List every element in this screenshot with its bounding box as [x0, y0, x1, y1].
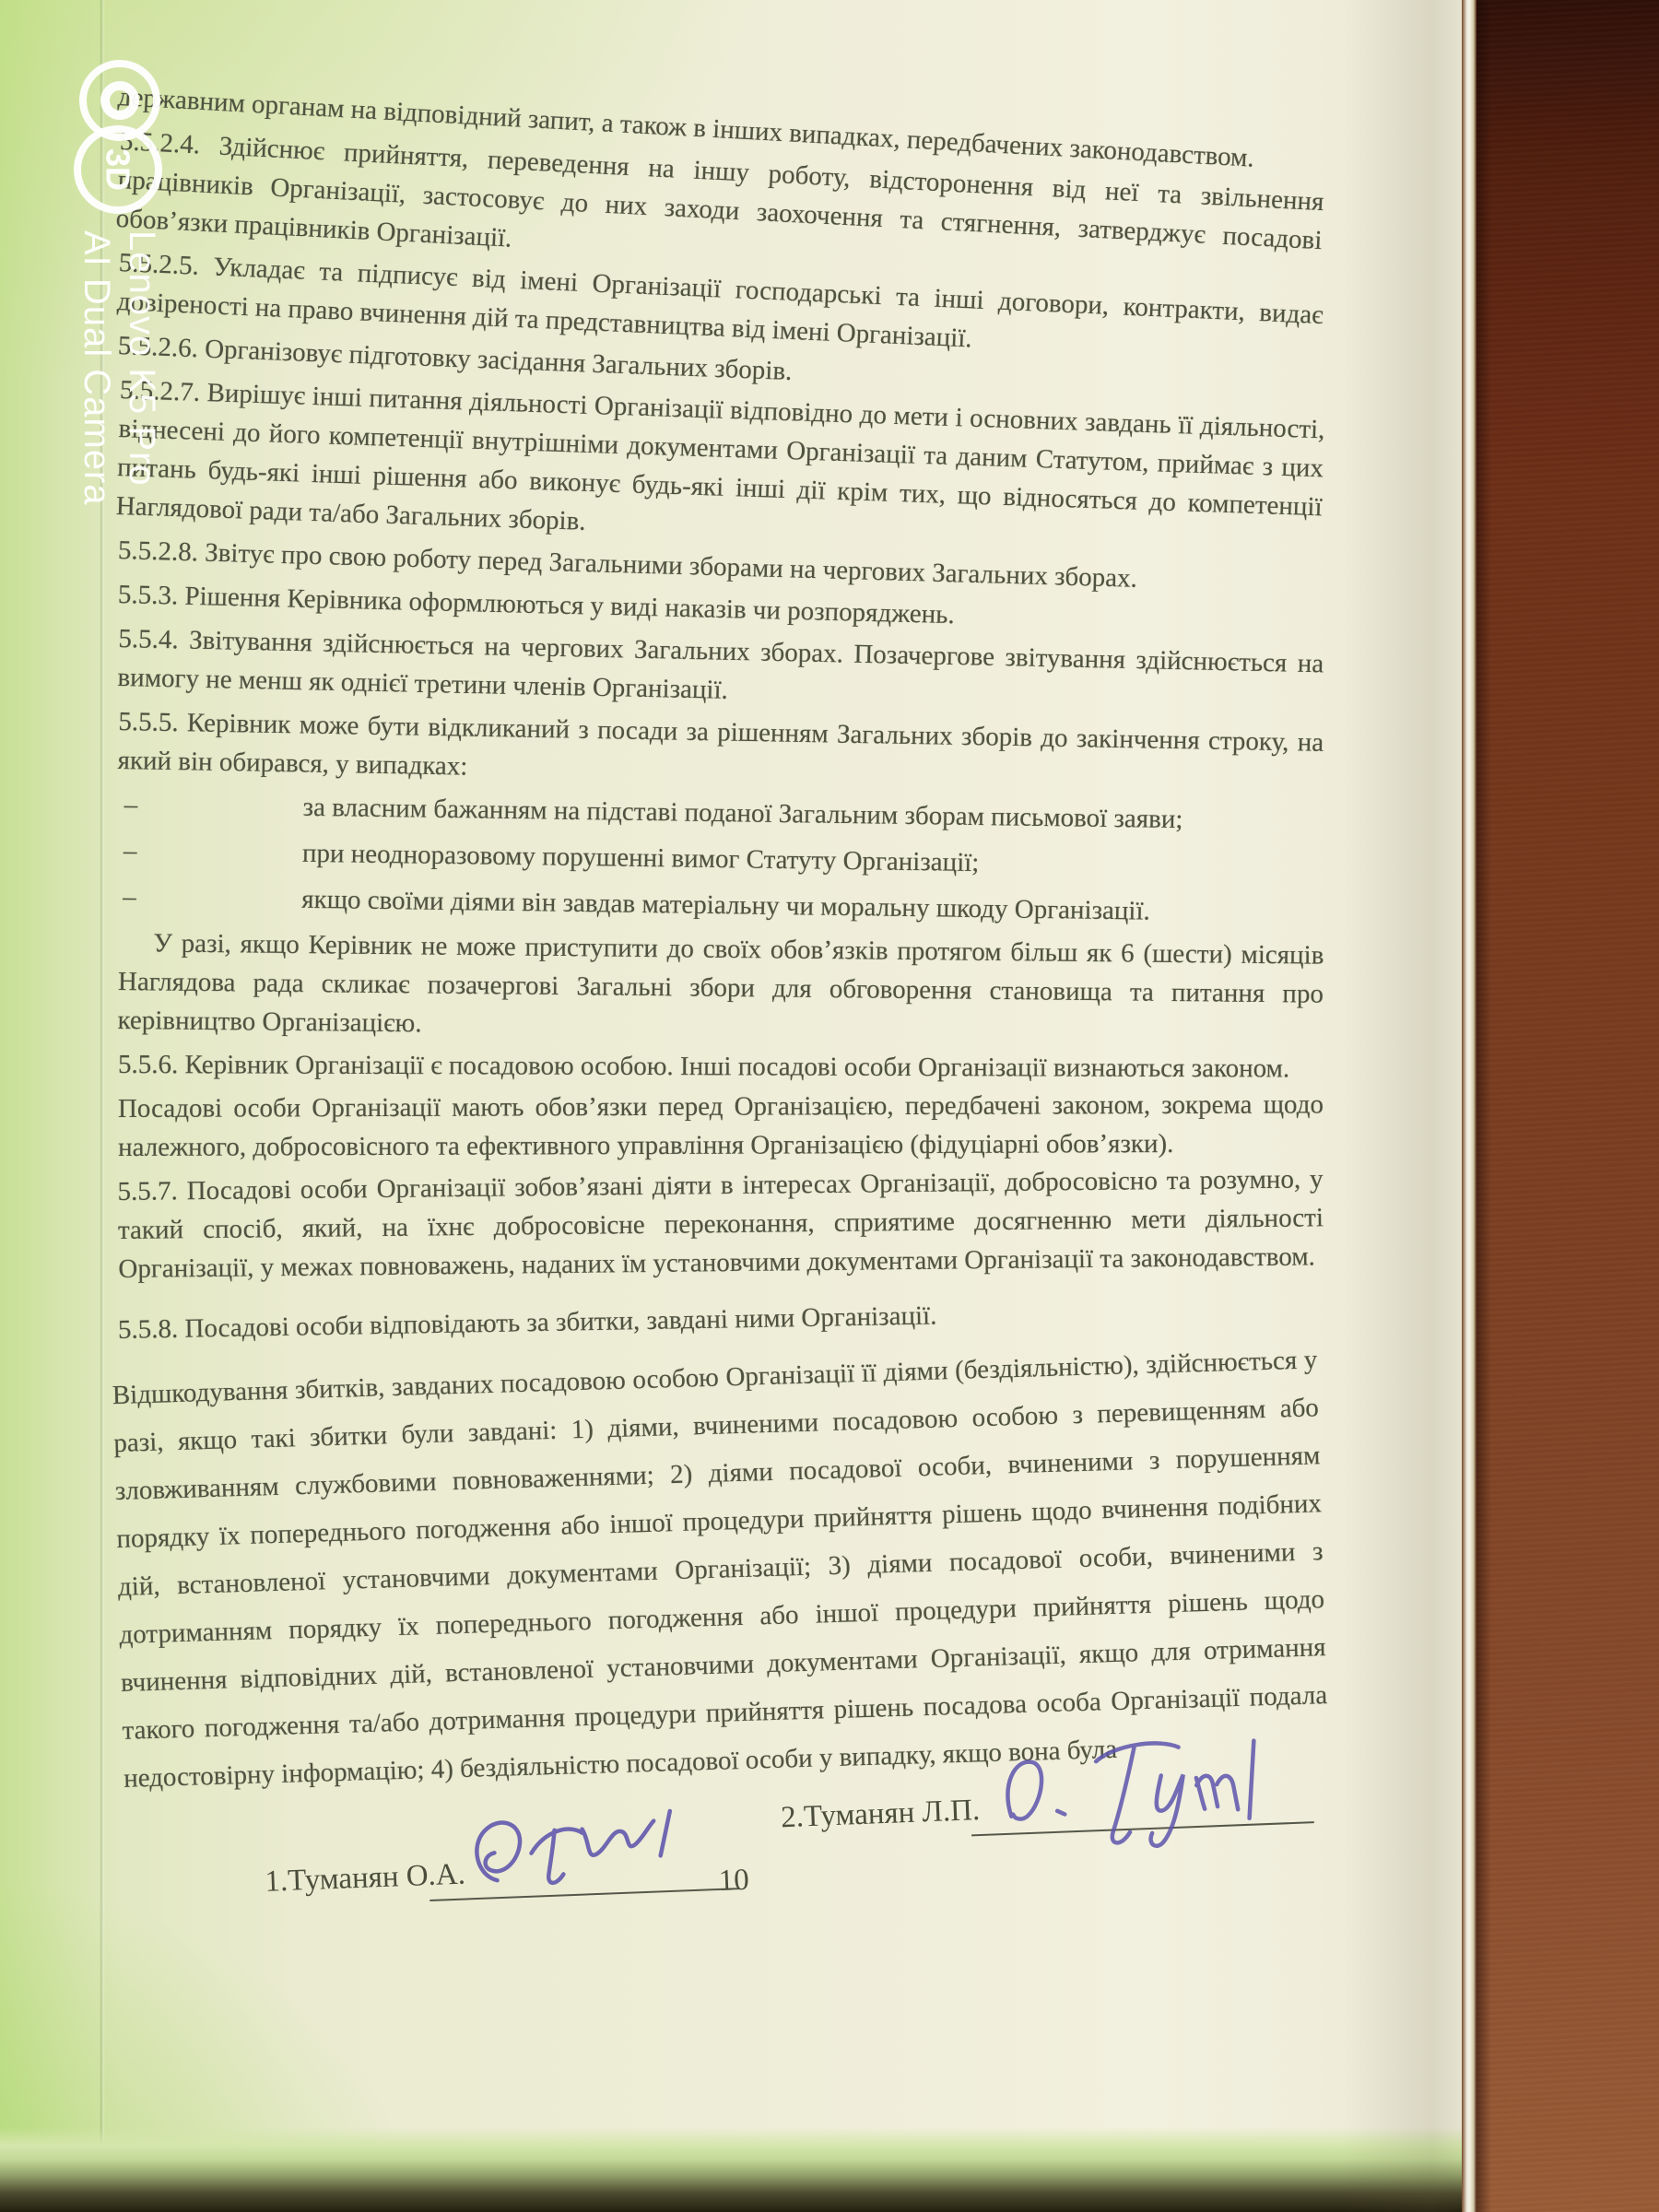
- list-dash: –: [124, 785, 137, 824]
- list-item-text: при неодноразовому порушенні вимог Стату…: [302, 839, 980, 877]
- table-surface-texture: [1475, 0, 1659, 2212]
- signature-2-ink: [977, 1714, 1268, 1864]
- list-dash: –: [123, 877, 136, 916]
- paragraph-fiduciary: Посадові особи Організації мають обов’яз…: [118, 1085, 1324, 1167]
- page-number: 10: [718, 1864, 749, 1899]
- list-item: – при неодноразовому порушенні вимог Ста…: [118, 831, 1324, 887]
- list-item-text: за власним бажанням на підставі поданої …: [302, 793, 1182, 834]
- page-content: державним органам на відповідний запит, …: [0, 0, 1462, 1803]
- paragraph-5-5-7: 5.5.7. Посадові особи Організації зобов’…: [117, 1159, 1324, 1288]
- signatory-2-label: 2.Туманян Л.П.: [781, 1794, 981, 1835]
- paragraph-5-5-6: 5.5.6. Керівник Організації є посадовою …: [118, 1045, 1324, 1088]
- signature-1-ink: [458, 1799, 692, 1912]
- dismissal-cases-list: – за власним бажанням на підставі подано…: [117, 785, 1324, 933]
- paragraph-six-months: У разі, якщо Керівник не може приступити…: [117, 924, 1324, 1053]
- list-dash: –: [124, 831, 137, 870]
- signatory-1-label: 1.Туманян О.А.: [265, 1858, 466, 1900]
- page-stack-edge: [1462, 0, 1477, 2212]
- signature-block: 1.Туманян О.А. 10 2.Туманян Л.П.: [115, 1772, 1347, 1976]
- document-page: державним органам на відповідний запит, …: [0, 0, 1462, 2212]
- page-bottom-edge: [0, 2127, 1462, 2212]
- list-item-text: якщо своїми діями він завдав матеріальну…: [301, 885, 1150, 926]
